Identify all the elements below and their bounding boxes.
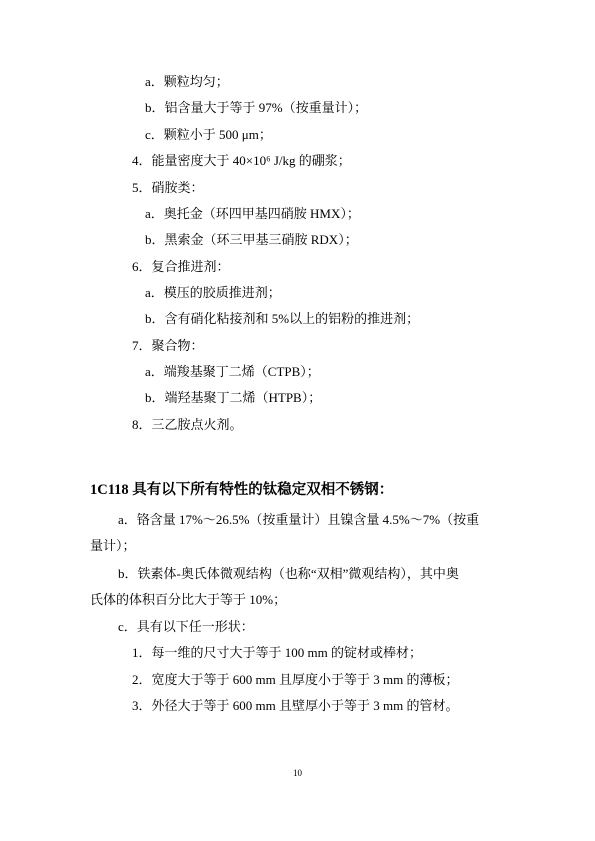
list-item: 5．硝胺类： [132,180,204,196]
paragraph-line: 2．宽度大于等于 600 mm 且厚度小于等于 3 mm 的薄板； [132,672,458,688]
page-number: 10 [0,768,595,778]
list-item: b．铝含量大于等于 97%（按重量计）； [145,100,367,116]
list-item: 8．三乙胺点火剂。 [132,417,243,433]
list-item: a．颗粒均匀； [145,74,229,90]
list-item: b．端羟基聚丁二烯（HTPB）； [145,390,321,406]
list-item: a．奥托金（环四甲基四硝胺 HMX）； [145,206,360,222]
list-item: a．模压的胶质推进剂； [145,285,281,301]
list-item: a．端羧基聚丁二烯（CTPB）； [145,364,320,380]
list-item: b．含有硝化粘接剂和 5%以上的铝粉的推进剂； [145,311,419,327]
list-item: c．颗粒小于 500 μm； [145,127,272,143]
list-item: 4．能量密度大于 40×10⁶ J/kg 的硼浆； [132,153,351,169]
paragraph-line: 量计）； [90,538,136,554]
list-item: 6．复合推进剂： [132,259,230,275]
paragraph-line: a．铬含量 17%～26.5%（按重量计）且镍含量 4.5%～7%（按重 [118,512,479,528]
paragraph-line: 1．每一维的尺寸大于等于 100 mm 的锭材或棒材； [132,645,422,661]
paragraph-line: c．具有以下任一形状： [118,619,254,635]
list-item: 7．聚合物： [132,338,204,354]
paragraph-line: 氏体的体积百分比大于等于 10%； [90,592,286,608]
list-item: b．黑索金（环三甲基三硝胺 RDX）； [145,232,358,248]
section-heading-1c118: 1C118 具有以下所有特性的钛稳定双相不锈钢： [90,481,393,499]
paragraph-line: 3．外径大于等于 600 mm 且壁厚小于等于 3 mm 的管材。 [132,698,458,714]
paragraph-line: b．铁素体-奥氏体微观结构（也称“双相”微观结构），其中奥 [118,566,459,582]
